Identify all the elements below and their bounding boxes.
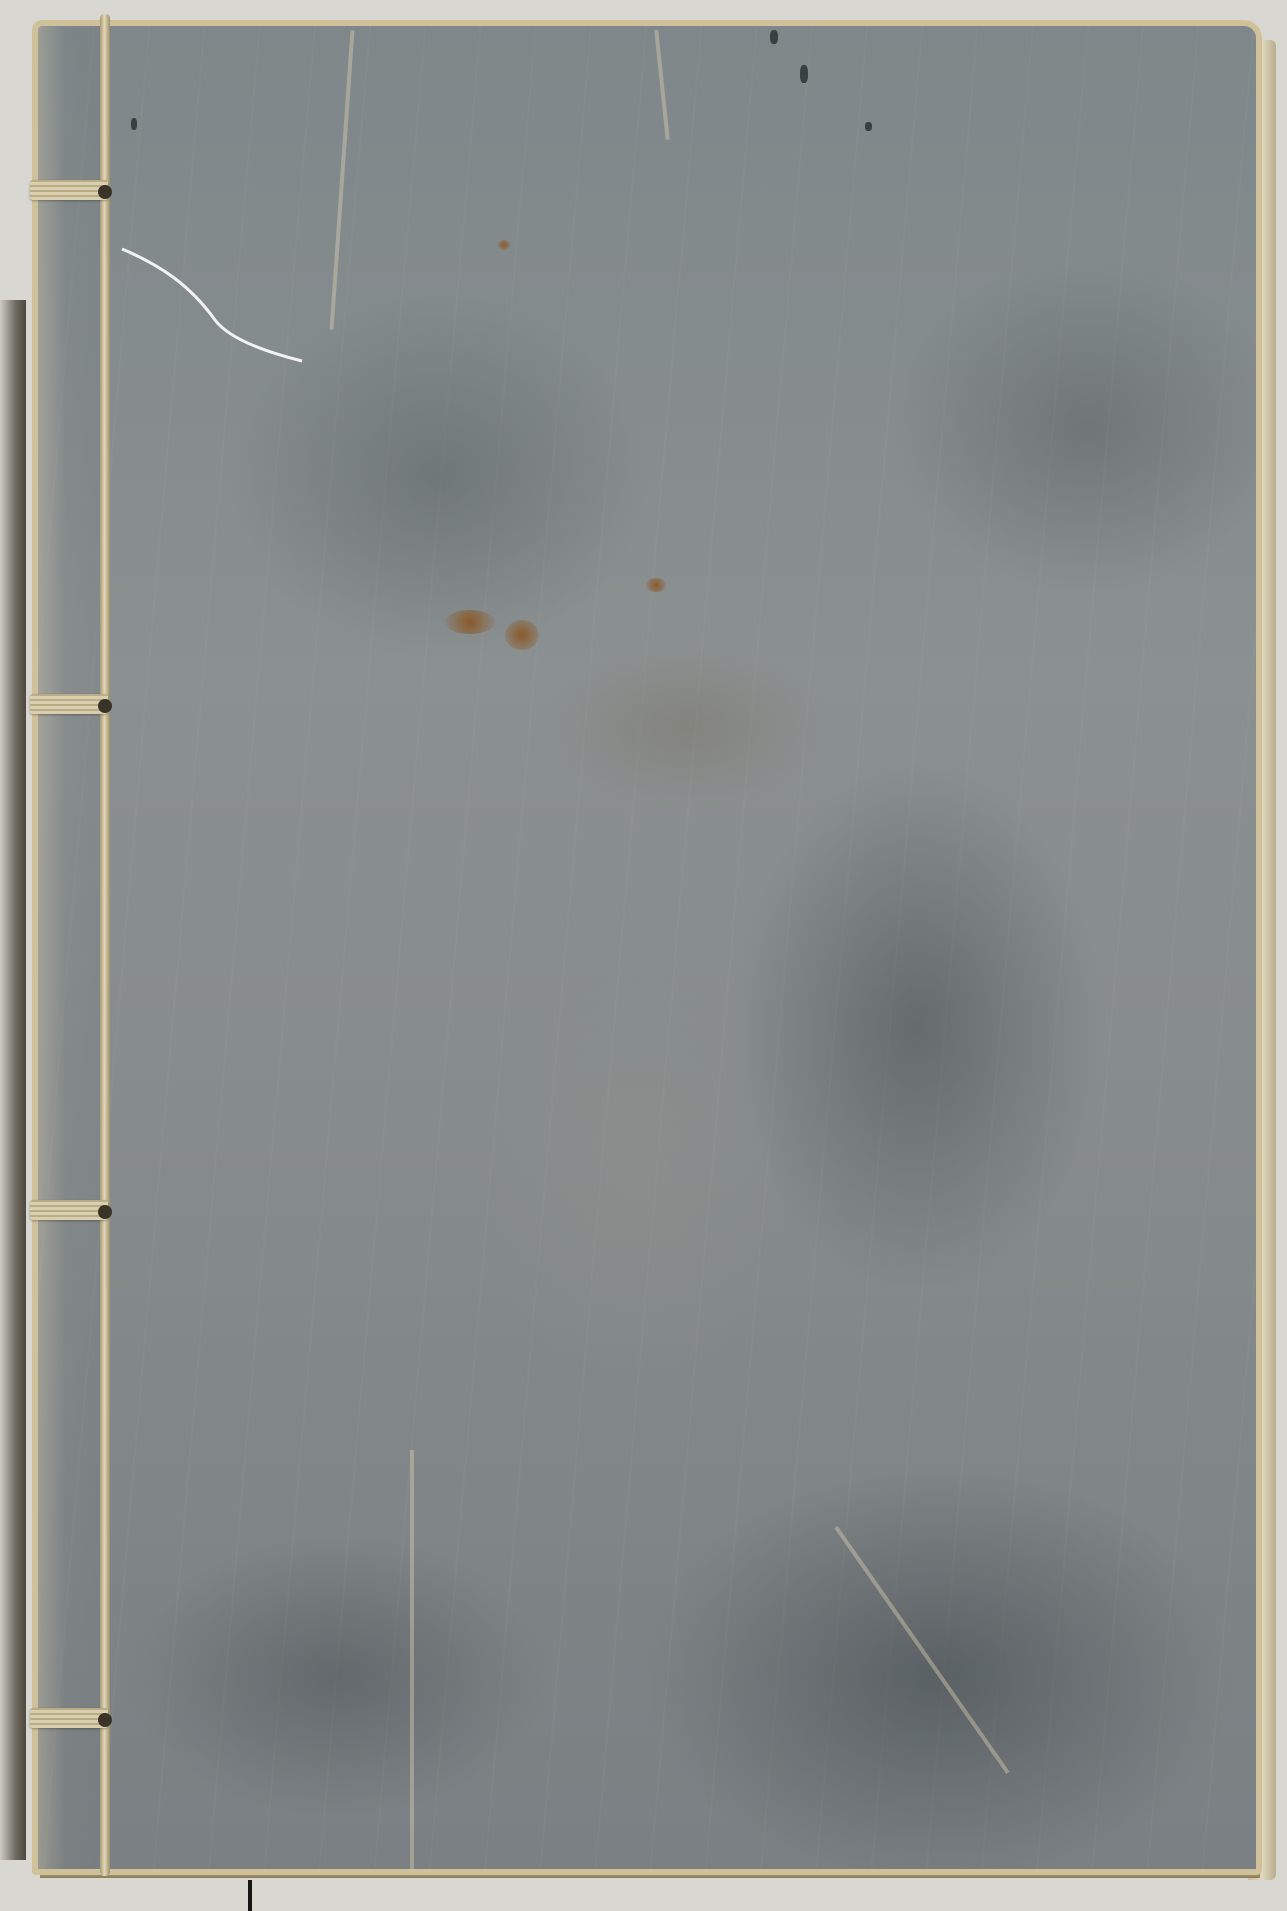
cover-crease <box>410 1450 414 1870</box>
binding-stitch <box>30 1708 108 1728</box>
stitch-hole <box>98 1713 112 1727</box>
stitch-hole <box>98 185 112 199</box>
spine-thread <box>100 14 110 1876</box>
table-edge-mark <box>248 1880 252 1911</box>
dark-speck <box>131 118 137 130</box>
rust-stain <box>445 610 495 634</box>
rust-stain <box>505 620 539 650</box>
binding-stitch <box>30 1200 108 1220</box>
rust-stain <box>498 240 510 250</box>
stray-fiber <box>120 245 305 365</box>
binding-stitch <box>30 694 108 714</box>
stitch-hole <box>98 1205 112 1219</box>
spine-margin <box>38 26 106 1869</box>
dark-speck <box>770 30 778 44</box>
rust-stain <box>646 578 666 592</box>
dark-speck <box>800 65 808 83</box>
dark-speck <box>865 122 872 131</box>
book-shadow <box>0 300 26 1860</box>
binding-stitch <box>30 180 108 200</box>
stitch-hole <box>98 699 112 713</box>
